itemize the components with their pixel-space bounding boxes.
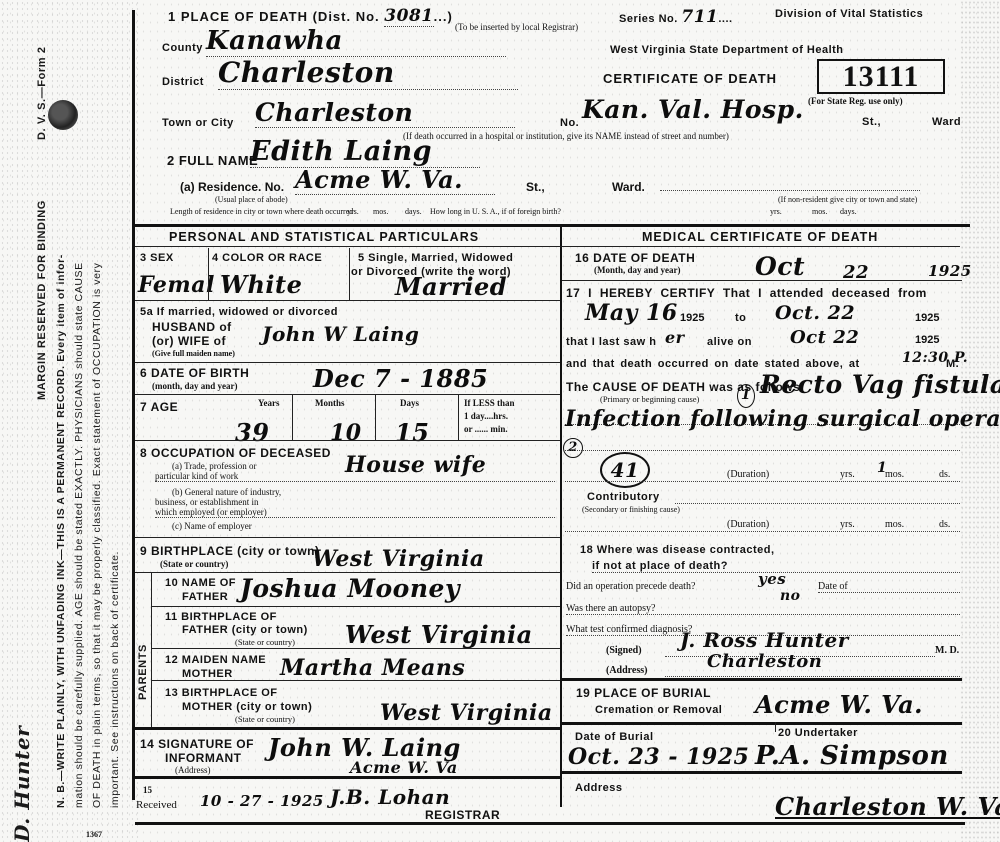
mother-birthplace-value: West Virginia [380,700,553,726]
length-days-label: days. [405,207,422,216]
county-label: County [162,42,203,54]
dod-month: Oct [755,252,805,281]
race-label: 4 COLOR OR RACE [212,252,322,264]
town-label: Town or City [162,117,234,129]
undertaker-label: 20 Undertaker [778,727,858,739]
burial-label-2: Cremation or Removal [595,704,722,716]
margin-instructions-4: important. See instructions on back of c… [109,551,121,808]
signed-label: (Signed) [606,645,642,656]
received-label: Received [136,799,177,811]
abode-note: (Usual place of abode) [215,195,288,204]
marital-value: Married [395,272,507,301]
margin-instructions-2: mation should be carefully supplied. AGE… [73,262,85,808]
spouse-label-2: HUSBAND of [152,320,232,334]
certificate-number: 13111 [817,59,945,94]
marital-label-1: 5 Single, Married, Widowed [358,252,513,264]
informant-label-2: INFORMANT [165,751,242,765]
age-days-value: 15 [395,418,429,447]
mother-label-2: MOTHER [182,668,233,680]
age-years-label: Years [258,398,280,408]
divider [349,248,350,300]
divider [292,395,293,440]
divider [562,678,962,681]
contributory-label: Contributory [587,491,660,503]
attended-from: May 16 [585,300,678,326]
divider [151,606,560,607]
seal-stamp-icon [48,100,78,130]
father-birthplace-label-1: 11 BIRTHPLACE OF [165,611,277,623]
duration-line [565,481,960,482]
to-label: to [735,312,746,324]
duration-mos-label-2: mos. [885,519,904,530]
occupation-b-label-1: (b) General nature of industry, [172,487,281,497]
physician-address-label: (Address) [606,665,647,676]
age-months-value: 10 [330,420,362,446]
district-number: 3081 [384,6,433,27]
divider [135,362,560,363]
birthplace-value: West Virginia [312,546,485,572]
father-birthplace-value: West Virginia [345,620,533,649]
district-value: Charleston [218,56,518,90]
sex-value: Femal [138,272,215,298]
divider [458,395,459,440]
informant-address: Acme W. Va [350,758,458,777]
divider [135,776,560,779]
last-saw-year: 1925 [915,334,939,346]
parents-label: PARENTS [137,644,149,700]
cause-code: 41 [600,452,650,488]
registrar-signature: J.B. Lohan [330,785,450,809]
attended-to: Oct. 22 [775,302,855,324]
operation-date-label: Date of [818,581,960,593]
series-label: Series No. 711.... [619,7,733,27]
county-value: Kanawha [206,26,506,57]
margin-binding-note: MARGIN RESERVED FOR BINDING [36,200,48,400]
usa-days-label: days. [840,207,857,216]
duration-label-2: (Duration) [727,519,769,530]
division-title: Division of Vital Statistics [775,8,923,20]
age-months-label: Months [315,398,345,408]
binding-border [132,10,135,800]
father-value: Joshua Mooney [240,574,460,603]
mother-value: Martha Means [280,655,465,681]
physician-address: Charleston [707,651,822,672]
received-date: 10 - 27 - 1925 [200,792,324,810]
cause-2-marker: 2 [563,438,583,458]
last-saw-date: Oct 22 [790,327,859,348]
occupation-a-label-1: (a) Trade, profession or [172,461,257,471]
district-label: District [162,76,204,88]
received-number: 15 [143,785,152,795]
ward-blank [660,190,920,191]
length-yrs-label: yrs. [347,207,359,216]
dob-value: Dec 7 - 1885 [313,364,488,393]
last-saw-pronoun: er [665,328,685,347]
less-than-label-3: or ...... min. [464,424,508,434]
divider [560,246,960,247]
divider [151,572,152,727]
margin-instructions-3: OF DEATH in plain terms, so that it may … [91,263,103,809]
dod-year: 1925 [928,262,972,280]
full-name-label: 2 FULL NAME [167,153,258,168]
burial-label-1: 19 PLACE OF BURIAL [576,686,711,700]
informant-label-3: (Address) [175,765,211,775]
usa-duration-label: How long in U. S. A., if of foreign birt… [430,207,561,216]
divider [135,537,560,538]
dob-label: 6 DATE OF BIRTH [140,366,249,380]
duration-mos-label: mos. [885,469,904,480]
divider [135,440,560,441]
duration-ds-label-2: ds. [939,519,950,530]
divider [135,822,965,825]
occupation-b-label-3: which employed (or employer) [155,507,555,518]
duration-yrs-label-2: yrs. [840,519,855,530]
md-label: M. D. [935,645,959,656]
department-title: West Virginia State Department of Health [610,44,844,56]
spouse-label-1: 5a If married, widowed or divorced [140,306,338,318]
duration-label: (Duration) [727,469,769,480]
series-number: 711 [681,7,718,27]
ward-label: Ward [932,116,961,128]
birthplace-label: 9 BIRTHPLACE (city or town) [140,544,320,558]
divider [562,722,962,725]
father-label-1: 10 NAME OF [165,577,236,589]
medical-section-title: MEDICAL CERTIFICATE OF DEATH [642,230,878,244]
hospital-value: Kan. Val. Hosp. [582,95,804,124]
registrar-label: REGISTRAR [425,808,500,822]
operation-value: yes [758,570,786,588]
divider [135,727,560,730]
to-year: 1925 [915,312,939,324]
cause-1-marker: 1 [737,384,755,408]
mother-label-1: 12 MAIDEN NAME [165,654,266,666]
nonresident-note: (If non-resident give city or town and s… [778,195,917,204]
from-year: 1925 [680,312,704,324]
town-value: Charleston [255,98,515,128]
residence-label: (a) Residence. No. [180,180,284,194]
residence-st-label: St., [526,180,545,194]
last-saw-label: that I last saw h [566,336,656,348]
full-name-value: Edith Laing [250,136,480,168]
dod-sub-label: (Month, day and year) [594,265,681,275]
divider [151,648,560,649]
cause-primary: Recto Vag fistula [760,370,1000,399]
autopsy-label: Was there an autopsy? [566,603,960,615]
spouse-label-4: (Give full maiden name) [152,349,235,358]
burial-date: Oct. 23 - 1925 [568,744,749,770]
divider [151,680,560,681]
cause-line [565,450,960,451]
place-of-death-label: 1 PLACE OF DEATH (Dist. No. 3081...) [168,6,453,26]
father-birthplace-sub: (State or country) [235,637,295,647]
divider [775,722,776,732]
divider [375,395,376,440]
contributory-line [675,503,960,504]
occupation-label: 8 OCCUPATION OF DECEASED [140,446,331,460]
duration-ds-label: ds. [939,469,950,480]
occupation-b-label-2: business, or establishment in [155,497,259,507]
length-mos-label: mos. [373,207,388,216]
divider [208,248,209,300]
personal-section-title: PERSONAL AND STATISTICAL PARTICULARS [169,230,479,244]
address-line [665,676,960,677]
contributory-sub-label: (Secondary or finishing cause) [582,505,680,514]
physician-signature: J. Ross Hunter [680,628,849,652]
occupation-value: House wife [345,452,486,478]
usa-yrs-label: yrs. [770,207,782,216]
margin-footer-number: 1367 [86,830,102,839]
dod-label: 16 DATE OF DEATH [575,251,695,265]
usa-mos-label: mos. [812,207,827,216]
mother-birthplace-label-1: 13 BIRTHPLACE OF [165,687,278,699]
divider [135,246,560,247]
certificate-title: CERTIFICATE OF DEATH [603,71,777,86]
divider [562,771,962,774]
address-no-label: No. [560,117,579,129]
operation-label: Did an operation precede death? [566,581,695,592]
cause-sub-label: (Primary or beginning cause) [600,394,699,404]
certify-label: 17 I HEREBY CERTIFY That I attended dece… [566,286,927,300]
sex-label: 3 SEX [140,252,174,264]
divider [135,224,970,227]
cause-secondary: Infection following surgical operation [565,406,1000,432]
divider [135,394,560,395]
margin-instructions-1: N. B.—WRITE PLAINLY, WITH UNFADING INK—T… [55,254,67,808]
less-than-label-1: If LESS than [464,398,515,408]
father-birthplace-label-2: FATHER (city or town) [182,624,308,636]
length-residence-label: Length of residence in city or town wher… [170,207,353,216]
death-certificate: MARGIN RESERVED FOR BINDING D. V. S.—For… [0,0,1000,842]
dob-sub-label: (month, day and year) [152,381,238,391]
mother-birthplace-label-2: MOTHER (city or town) [182,701,312,713]
divider [135,572,560,573]
contracted-label-1: 18 Where was disease contracted, [580,544,775,556]
street-label: St., [862,116,881,128]
age-years-value: 39 [235,418,269,447]
undertaker-name: P.A. Simpson [755,741,949,771]
state-reg-note: (For State Reg. use only) [808,96,903,106]
burial-place: Acme W. Va. [755,690,923,719]
spouse-label-3: (or) WIFE of [152,334,226,348]
duration-line [565,531,960,532]
divider [560,224,562,807]
race-value: White [220,270,302,299]
duration-yrs-label: yrs. [840,469,855,480]
margin-handwritten-name: D. Hunter [10,726,34,842]
residence-value: Acme W. Va. [295,165,495,195]
less-than-label-2: 1 day....hrs. [464,411,508,421]
informant-label-1: 14 SIGNATURE OF [140,737,254,751]
margin-form-number: D. V. S.—Form 2 [36,46,48,140]
age-days-label: Days [400,398,419,408]
father-label-2: FATHER [182,591,228,603]
divider [135,300,560,301]
mother-birthplace-sub: (State or country) [235,714,295,724]
age-label: 7 AGE [140,400,178,414]
alive-on-label: alive on [707,336,752,348]
occupation-c-label: (c) Name of employer [172,521,252,531]
undertaker-address: Charleston W. Va. [775,792,1000,821]
autopsy-value: no [780,588,801,604]
residence-ward-label: Ward. [612,180,645,194]
divider [562,280,962,281]
undertaker-address-label: Address [575,782,623,794]
spouse-value: John W Laing [262,322,419,346]
time-label: and that death occurred on date stated a… [566,358,860,370]
burial-date-label: Date of Burial [575,731,654,743]
m-label: M. [946,358,959,370]
birthplace-sub-label: (State or country) [160,559,228,569]
